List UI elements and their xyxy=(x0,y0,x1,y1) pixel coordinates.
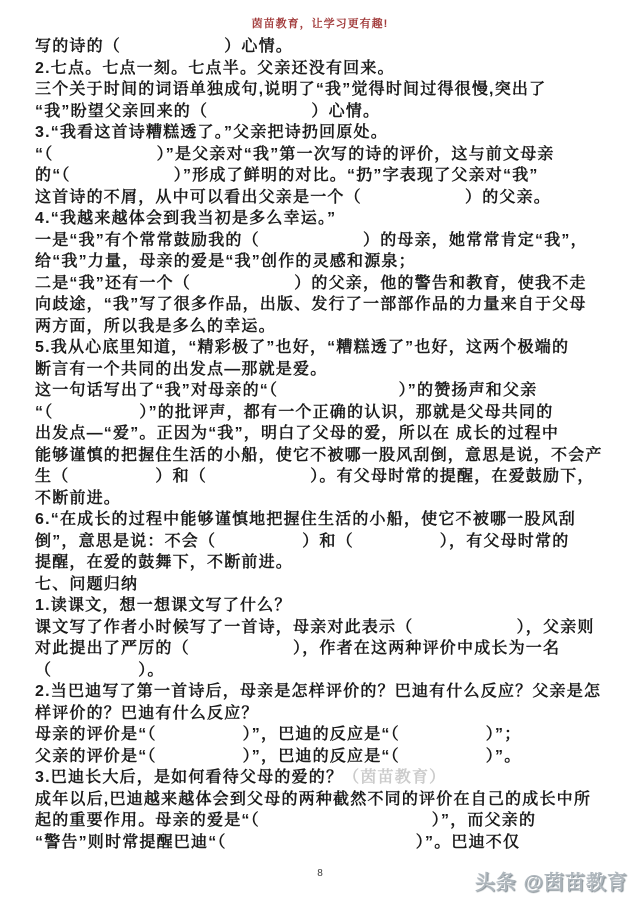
text-line-content: 一是“我”有个常常鼓励我的（ ）的母亲，她常常肯定“我”， xyxy=(35,232,588,249)
text-line: 生（ ）和（ ）。有父母时常的提醒，在爱鼓励下， xyxy=(35,466,612,488)
text-line-content: 5.我从心底里知道，“精彩极了”也好，“糟糕透了”也好，这两个极端的 xyxy=(35,339,569,356)
text-line-content: 1.读课文，想一想课文写了什么？ xyxy=(35,597,292,614)
text-line: 二是“我”还有一个（ ）的父亲，他的警告和教育，使我不走 xyxy=(35,273,612,295)
text-line-content: （ ）。 xyxy=(35,662,165,679)
text-line-content: 3.“我看这首诗糟糕透了。”父亲把诗扔回原处。 xyxy=(35,124,388,141)
text-line: “我”盼望父亲回来的（ ）心情。 xyxy=(35,101,612,123)
text-line-content: “警告”则时常提醒巴迪“（ ）”。巴迪不仅 xyxy=(35,834,520,851)
text-line: 向歧途，“我”写了很多作品，出版、发行了一部部作品的力量来自于父母 xyxy=(35,294,612,316)
text-line: 能够谨慎的把握住生活的小船，使它不被哪一股风刮倒，意思是说，不会产 xyxy=(35,445,612,467)
text-line: 3.巴迪长大后，是如何看待父母的爱的？（茵苗教育） xyxy=(35,767,612,789)
text-line-content: 母亲的评价是“（ ）”，巴迪的反应是“（ ）”； xyxy=(35,726,521,743)
text-line-content: 向歧途，“我”写了很多作品，出版、发行了一部部作品的力量来自于父母 xyxy=(35,296,587,313)
text-line: 两方面，所以我是多么的幸运。 xyxy=(35,316,612,338)
text-line-content: 的“（ ）”形成了鲜明的对比。“扔”字表现了父亲对“我” xyxy=(35,167,539,184)
text-line: 起的重要作用。母亲的爱是“（ ）”，而父亲的 xyxy=(35,810,612,832)
text-line-content: 三个关于时间的词语单独成句,说明了“我”觉得时间过得很慢,突出了 xyxy=(35,81,546,98)
text-line-content: 七、问题归纳 xyxy=(35,576,138,593)
text-line: 3.“我看这首诗糟糕透了。”父亲把诗扔回原处。 xyxy=(35,122,612,144)
text-line: 成年以后,巴迪越来越体会到父母的两种截然不同的评价在自己的成长中所 xyxy=(35,789,612,811)
text-line-content: 这一句话写出了“我”对母亲的“（ ）”的赞扬声和父亲 xyxy=(35,382,537,399)
text-line: 2.当巴迪写了第一首诗后，母亲是怎样评价的？巴迪有什么反应？父亲是怎 xyxy=(35,681,612,703)
text-line: 这一句话写出了“我”对母亲的“（ ）”的赞扬声和父亲 xyxy=(35,380,612,402)
text-line: “（ ）”的批评声，都有一个正确的认识，那就是父母共同的 xyxy=(35,402,612,424)
text-line: 5.我从心底里知道，“精彩极了”也好，“糟糕透了”也好，这两个极端的 xyxy=(35,337,612,359)
text-line-content: 这首诗的不屑，从中可以看出父亲是一个（ ）的父亲。 xyxy=(35,189,551,206)
text-line-content: 写的诗的（ ）心情。 xyxy=(35,38,293,55)
text-line: “（ ）”是父亲对“我”第一次写的诗的评价，这与前文母亲 xyxy=(35,144,612,166)
text-line-content: 6.“在成长的过程中能够谨慎地把握住生活的小船，使它不被哪一股风刮 xyxy=(35,511,576,528)
text-line-content: 给“我”力量，母亲的爱是“我”创作的灵感和源泉； xyxy=(35,253,416,270)
text-line: 一是“我”有个常常鼓励我的（ ）的母亲，她常常肯定“我”， xyxy=(35,230,612,252)
text-line-content: 不断前进。 xyxy=(35,490,121,507)
text-line: 样评价的？巴迪有什么反应？ xyxy=(35,703,612,725)
document-body: 写的诗的（ ）心情。2.七点。七点一刻。七点半。父亲还没有回来。三个关于时间的词… xyxy=(35,36,612,853)
text-line-content: 2.当巴迪写了第一首诗后，母亲是怎样评价的？巴迪有什么反应？父亲是怎 xyxy=(35,683,601,700)
text-line: 这首诗的不屑，从中可以看出父亲是一个（ ）的父亲。 xyxy=(35,187,612,209)
text-line-content: 成年以后,巴迪越来越体会到父母的两种截然不同的评价在自己的成长中所 xyxy=(35,791,591,808)
text-line-content: 课文写了作者小时候写了一首诗，母亲对此表示（ ），父亲则 xyxy=(35,619,595,636)
text-line: 给“我”力量，母亲的爱是“我”创作的灵感和源泉； xyxy=(35,251,612,273)
text-line-content: “（ ）”的批评声，都有一个正确的认识，那就是父母共同的 xyxy=(35,404,553,421)
text-line-content: 3.巴迪长大后，是如何看待父母的爱的？ xyxy=(35,769,343,786)
text-line-content: 断言有一个共同的出发点—那就是爱。 xyxy=(35,361,327,378)
inline-watermark: （茵苗教育） xyxy=(343,769,446,786)
text-line: 父亲的评价是“（ ）”，巴迪的反应是“（ ）”。 xyxy=(35,746,612,768)
text-line: 6.“在成长的过程中能够谨慎地把握住生活的小船，使它不被哪一股风刮 xyxy=(35,509,612,531)
text-line-content: 对此提出了严厉的（ ），作者在这两种评价中成长为一名 xyxy=(35,640,560,657)
text-line-content: 提醒，在爱的鼓舞下，不断前进。 xyxy=(35,554,293,571)
text-line-content: 倒”，意思是说：不会（ ）和（ ），有父母时常的 xyxy=(35,533,569,550)
text-line: （ ）。 xyxy=(35,660,612,682)
text-line-content: 两方面，所以我是多么的幸运。 xyxy=(35,318,276,335)
text-line: 断言有一个共同的出发点—那就是爱。 xyxy=(35,359,612,381)
text-line-content: “（ ）”是父亲对“我”第一次写的诗的评价，这与前文母亲 xyxy=(35,146,555,163)
text-line: 4.“我越来越体会到我当初是多么幸运。” xyxy=(35,208,612,230)
text-line: 母亲的评价是“（ ）”，巴迪的反应是“（ ）”； xyxy=(35,724,612,746)
text-line-content: 父亲的评价是“（ ）”，巴迪的反应是“（ ）”。 xyxy=(35,748,521,765)
text-line-content: 起的重要作用。母亲的爱是“（ ）”，而父亲的 xyxy=(35,812,536,829)
toutiao-watermark: 头条 @茵苗教育 xyxy=(475,866,628,895)
text-line-content: 2.七点。七点一刻。七点半。父亲还没有回来。 xyxy=(35,60,395,77)
text-line-content: 二是“我”还有一个（ ）的父亲，他的警告和教育，使我不走 xyxy=(35,275,587,292)
worksheet-page: 茵苗教育，让学习更有趣! 写的诗的（ ）心情。2.七点。七点一刻。七点半。父亲还… xyxy=(0,0,640,905)
text-line: “警告”则时常提醒巴迪“（ ）”。巴迪不仅 xyxy=(35,832,612,854)
text-line-content: 生（ ）和（ ）。有父母时常的提醒，在爱鼓励下， xyxy=(35,468,595,485)
text-line: 的“（ ）”形成了鲜明的对比。“扔”字表现了父亲对“我” xyxy=(35,165,612,187)
text-line: 提醒，在爱的鼓舞下，不断前进。 xyxy=(35,552,612,574)
text-line: 1.读课文，想一想课文写了什么？ xyxy=(35,595,612,617)
text-line: 三个关于时间的词语单独成句,说明了“我”觉得时间过得很慢,突出了 xyxy=(35,79,612,101)
text-line-content: 出发点—“爱”。正因为“我”，明白了父母的爱，所以在 成长的过程中 xyxy=(35,425,559,442)
text-line: 课文写了作者小时候写了一首诗，母亲对此表示（ ），父亲则 xyxy=(35,617,612,639)
text-line-content: 样评价的？巴迪有什么反应？ xyxy=(35,705,259,722)
text-line: 2.七点。七点一刻。七点半。父亲还没有回来。 xyxy=(35,58,612,80)
text-line: 出发点—“爱”。正因为“我”，明白了父母的爱，所以在 成长的过程中 xyxy=(35,423,612,445)
text-line: 写的诗的（ ）心情。 xyxy=(35,36,612,58)
text-line-content: “我”盼望父亲回来的（ ）心情。 xyxy=(35,103,380,120)
text-line-content: 4.“我越来越体会到我当初是多么幸运。” xyxy=(35,210,336,227)
text-line: 倒”，意思是说：不会（ ）和（ ），有父母时常的 xyxy=(35,531,612,553)
text-line: 对此提出了严厉的（ ），作者在这两种评价中成长为一名 xyxy=(35,638,612,660)
text-line: 不断前进。 xyxy=(35,488,612,510)
text-line: 七、问题归纳 xyxy=(35,574,612,596)
text-line-content: 能够谨慎的把握住生活的小船，使它不被哪一股风刮倒，意思是说，不会产 xyxy=(35,447,603,464)
header-slogan: 茵苗教育，让学习更有趣! xyxy=(0,15,640,31)
